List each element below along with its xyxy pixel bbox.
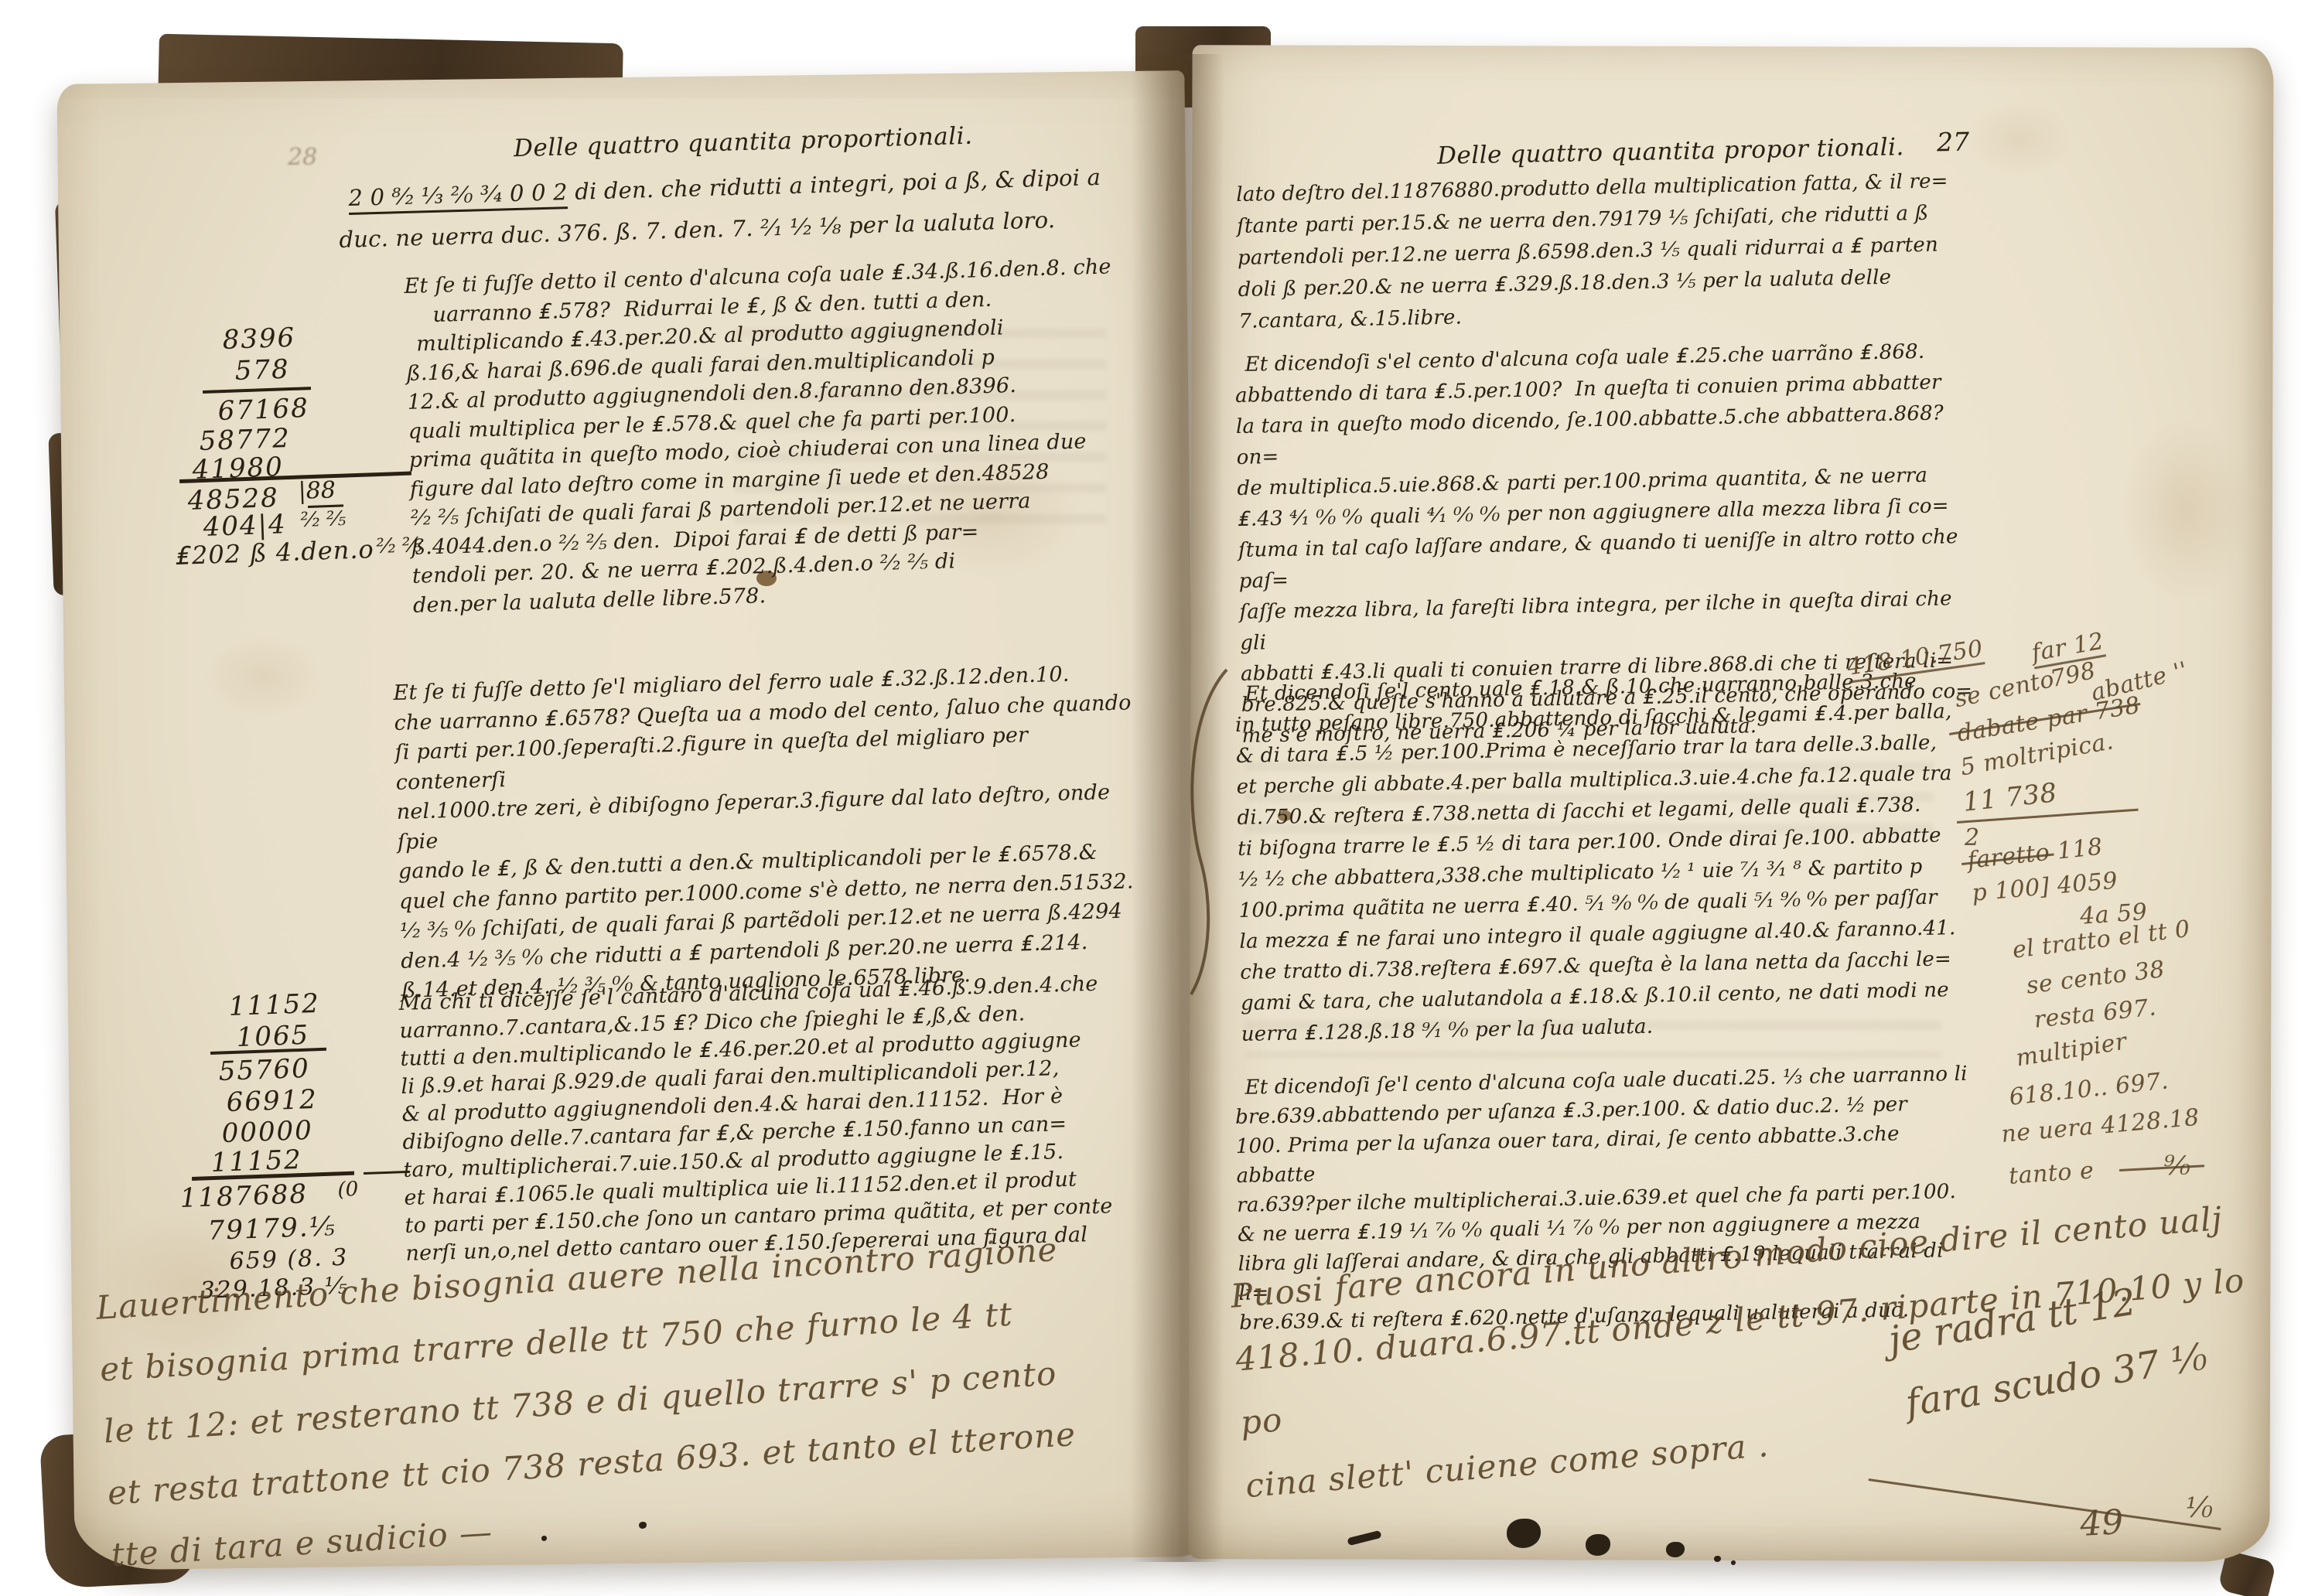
margin-bracket-curve (1179, 667, 1234, 999)
margin-sum-a-67168: 67168 (217, 393, 309, 427)
margin-result-paren0: (0 (337, 1178, 359, 1202)
left-paragraph-cento-L34: Et ſe ti fuſſe detto il cento d'alcuna c… (404, 251, 1148, 619)
right-paragraph-balle: Et dicendoſi ſe'l cento uale ₤.18.& ß.10… (1234, 665, 1976, 1050)
margin-result-L202-fracs: ²⁄₂ ²⁄₅ (376, 534, 422, 558)
stain (2119, 418, 2251, 603)
page-number: 27 (1937, 127, 1970, 158)
ink-blot (1731, 1560, 1736, 1565)
margin-sum-b-55760: 55760 (218, 1053, 310, 1087)
stain (201, 634, 325, 719)
margin-sum-b-66912: 66912 (226, 1084, 318, 1118)
margin-sum-a-578: 578 (234, 354, 290, 387)
left-paragraph-migliaro-ferro: Et ſe ti fuſſe detto ſe'l migliaro del f… (393, 658, 1144, 1006)
note-frac-9-0: ⁹⁄₀ (2164, 1151, 2190, 1182)
corner-number-49: 49 (2079, 1502, 2125, 1544)
corner-fraction: ¹⁄₀ (2186, 1492, 2213, 1524)
margin-sum-a-8396: 8396 (222, 322, 296, 356)
margin-result-79179: 79179.⅕ (207, 1211, 336, 1246)
margin-result-88: |88 (298, 476, 336, 505)
right-paragraph-produtto: lato deſtro del.11876880.produtto della … (1236, 165, 1966, 338)
ink-blot (1714, 1556, 1721, 1562)
bleed-page-number: 28 (288, 144, 317, 171)
margin-result-1187688: 1187688 (179, 1178, 309, 1214)
margin-result-404-fracs: ²⁄₂ ²⁄₅ (300, 507, 347, 532)
stain (1965, 101, 2073, 178)
book-photo: 28 Delle quattro quantita proportionali.… (0, 0, 2308, 1596)
margin-sum-b-11152: 11152 (228, 988, 320, 1022)
intro-fraction-row: 2 0 ⁸⁄₂ ¹⁄₃ ²⁄₀ ³⁄₄ 0 0 2 (348, 179, 568, 215)
